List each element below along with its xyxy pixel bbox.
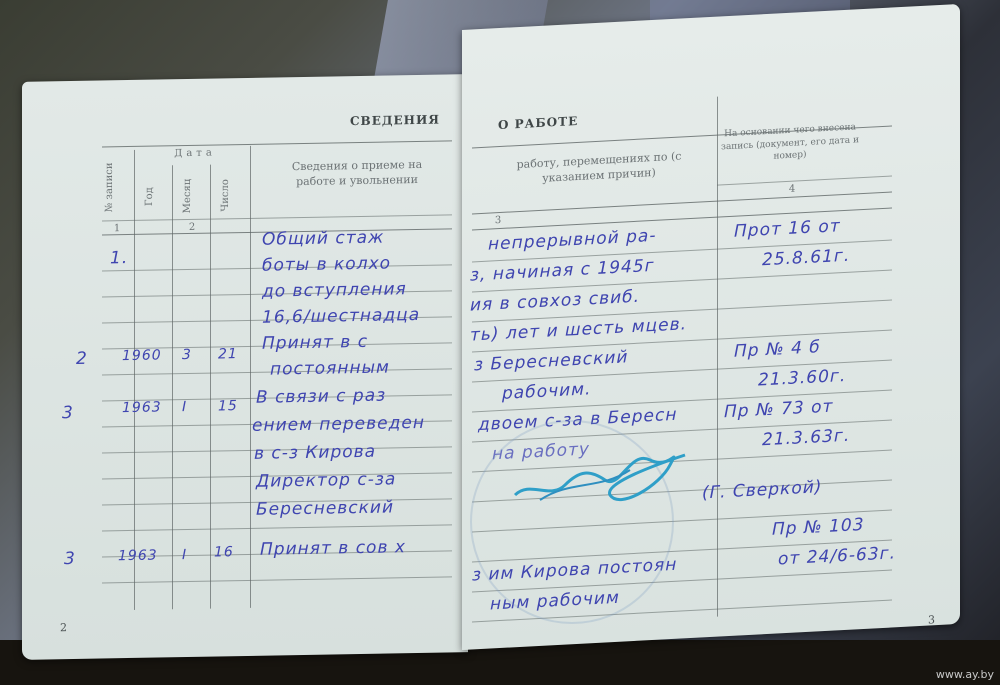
entry-year: 1963 — [118, 548, 158, 565]
heading-o-rabote: О РАБОТЕ — [498, 114, 578, 132]
page-number-left: 2 — [60, 621, 67, 634]
entry-text-line: Директор с-за — [256, 469, 396, 491]
watermark: www.ay.by — [936, 668, 994, 681]
entry-text-line: непрерывной ра- — [488, 226, 656, 255]
basis-text-line: Прот 16 от — [734, 216, 841, 242]
entry-number: 1. — [110, 248, 128, 268]
entry-day: 16 — [214, 544, 234, 560]
row-line — [102, 576, 452, 583]
basis-text-line: от 24/6-63г. — [778, 543, 896, 569]
column-line — [250, 146, 251, 608]
entry-month: I — [182, 547, 187, 563]
entry-text-line: 16,6/шестнадца — [262, 305, 420, 328]
entry-year: 1963 — [122, 399, 162, 416]
entry-number: 3 — [62, 403, 74, 423]
signature-name: (Г. Сверкой) — [702, 477, 822, 503]
column-line — [134, 150, 135, 610]
divider — [102, 140, 452, 147]
header-number: № записи — [103, 157, 117, 217]
heading-svedeniya: СВЕДЕНИЯ — [350, 113, 440, 129]
entry-day: 21 — [218, 346, 238, 362]
entry-year: 1960 — [122, 347, 162, 364]
col-number-4: 4 — [782, 182, 802, 197]
entry-text-line: до вступления — [262, 279, 407, 302]
entry-text-line: Бересневский — [256, 497, 394, 519]
entry-text-line: Принят в с — [262, 332, 368, 354]
entry-text-line: рабочим. — [502, 379, 591, 404]
entry-text-line: постоянным — [270, 357, 390, 379]
basis-text-line: Пр № 103 — [772, 515, 865, 540]
header-info-continued: работу, перемещениях по (с указанием при… — [484, 147, 714, 190]
signature-scribble — [510, 440, 690, 520]
row-line — [102, 524, 452, 531]
entry-number: 2 — [76, 349, 88, 369]
entry-text-line: ением переведен — [252, 413, 425, 436]
basis-text-line: Пр № 73 от — [724, 397, 833, 423]
entry-month: I — [182, 399, 187, 415]
basis-text-line: 21.3.63г. — [762, 426, 850, 451]
entry-day: 15 — [218, 398, 238, 414]
col-number-3: 3 — [488, 214, 508, 229]
column-line — [172, 165, 173, 609]
header-basis: На основании чего внесена запись (докуме… — [720, 121, 860, 166]
entry-text-line: В связи с раз — [256, 386, 386, 408]
entry-text-line: в с-з Кирова — [254, 442, 376, 464]
left-page: СВЕДЕНИЯ Дата № записи Год Месяц Число С… — [22, 74, 468, 660]
entry-number: 3 — [64, 549, 76, 569]
entry-month: 3 — [182, 347, 192, 363]
header-month: Месяц — [181, 176, 195, 216]
col-number-2: 2 — [182, 221, 202, 235]
header-date: Дата — [140, 146, 250, 162]
entry-text-line: з Бересневский — [474, 347, 628, 375]
basis-text-line: Пр № 4 б — [734, 337, 821, 362]
column-line — [210, 165, 211, 609]
basis-text-line: 25.8.61г. — [762, 246, 850, 271]
basis-text-line: 21.3.60г. — [758, 366, 846, 391]
header-day: Число — [219, 175, 233, 215]
entry-text-line: боты в колхо — [262, 253, 391, 275]
column-line — [717, 97, 718, 617]
entry-text-line: Принят в сов х — [260, 537, 406, 560]
header-year: Год — [143, 177, 157, 217]
divider — [717, 175, 892, 185]
col-number-1: 1 — [107, 222, 127, 236]
page-number-right: 3 — [928, 613, 935, 626]
entry-text-line: Общий стаж — [262, 228, 384, 250]
header-info: Сведения о приеме на работе и увольнении — [272, 157, 442, 191]
